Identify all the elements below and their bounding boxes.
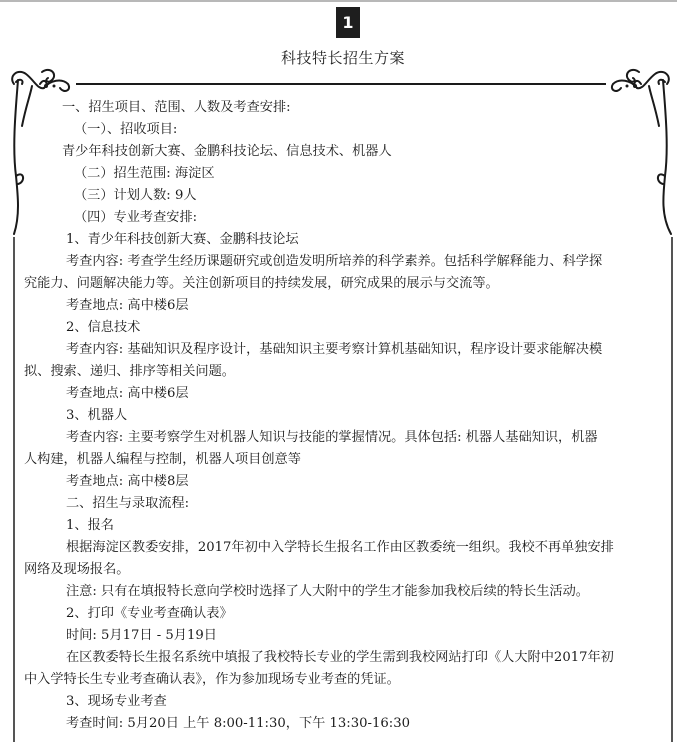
text-line: 2、打印《专业考查确认表》 xyxy=(24,603,644,625)
text-line: 二、招生与录取流程: xyxy=(24,493,644,515)
text-line: 2、信息技术 xyxy=(24,317,644,339)
text-line: 考查地点: 高中楼6层 xyxy=(24,383,644,405)
text-line: 3、机器人 xyxy=(24,405,644,427)
text-line: 网络及现场报名。 xyxy=(24,559,644,581)
top-edge xyxy=(0,0,677,2)
text-line: 3、现场专业考查 xyxy=(24,691,644,713)
text-line: 根据海淀区教委安排，2017年初中入学特长生报名工作由区教委统一组织。我校不再单… xyxy=(24,537,644,559)
right-frame-border xyxy=(671,237,673,742)
left-frame-border xyxy=(13,237,15,742)
text-line: 考查地点: 高中楼8层 xyxy=(24,471,644,493)
page-number: 1 xyxy=(342,13,353,32)
text-line: 考查内容: 考查学生经历课题研究或创造发明所培养的科学素养。包括科学解释能力、科… xyxy=(24,251,644,273)
text-line: 拟、搜索、递归、排序等相关问题。 xyxy=(24,361,644,383)
text-line: 时间: 5月17日 - 5月19日 xyxy=(24,625,644,647)
document-body: 一、招生项目、范围、人数及考查安排:（一）、招收项目:青少年科技创新大赛、金鹏科… xyxy=(24,97,644,735)
title-rule xyxy=(76,83,606,85)
text-line: 考查内容: 主要考察学生对机器人知识与技能的掌握情况。具体包括: 机器人基础知识… xyxy=(24,427,644,449)
text-line: 1、报名 xyxy=(24,515,644,537)
text-line: 注意: 只有在填报特长意向学校时选择了人大附中的学生才能参加我校后续的特长生活动… xyxy=(24,581,644,603)
text-line: 在区教委特长生报名系统中填报了我校特长专业的学生需到我校网站打印《人大附中201… xyxy=(24,647,644,669)
document-title: 科技特长招生方案 xyxy=(0,47,677,68)
text-line: 1、青少年科技创新大赛、金鹏科技论坛 xyxy=(24,229,644,251)
text-line: （三）计划人数: 9人 xyxy=(24,185,644,207)
text-line: （一）、招收项目: xyxy=(24,119,644,141)
text-line: 考查内容: 基础知识及程序设计，基础知识主要考察计算机基础知识，程序设计要求能解… xyxy=(24,339,644,361)
text-line: 一、招生项目、范围、人数及考查安排: xyxy=(24,97,644,119)
text-line: 考查时间: 5月20日 上午 8:00-11:30，下午 13:30-16:30 xyxy=(24,713,644,735)
text-line: （二）招生范围: 海淀区 xyxy=(24,163,644,185)
text-line: 人构建，机器人编程与控制，机器人项目创意等 xyxy=(24,449,644,471)
page-number-badge: 1 xyxy=(336,7,360,38)
text-line: 中入学特长生专业考查确认表》，作为参加现场专业考查的凭证。 xyxy=(24,669,644,691)
text-line: （四）专业考查安排: xyxy=(24,207,644,229)
text-line: 考查地点: 高中楼6层 xyxy=(24,295,644,317)
text-line: 究能力、问题解决能力等。关注创新项目的持续发展，研究成果的展示与交流等。 xyxy=(24,273,644,295)
text-line: 青少年科技创新大赛、金鹏科技论坛、信息技术、机器人 xyxy=(24,141,644,163)
